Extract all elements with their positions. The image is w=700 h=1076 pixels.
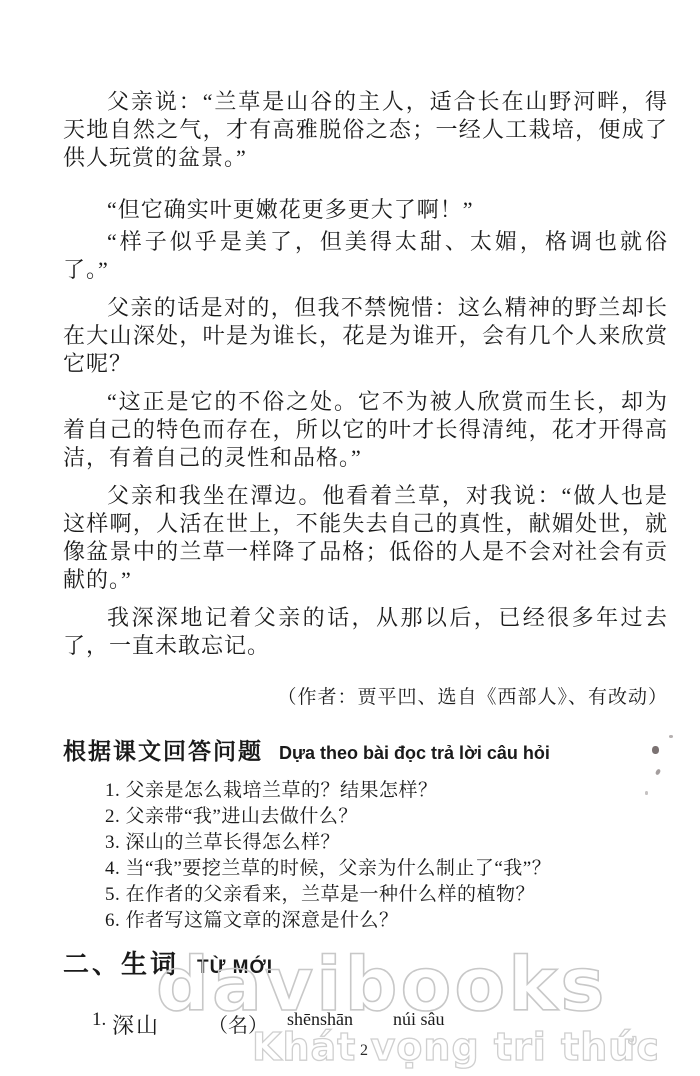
textbook-page: 父亲说：“兰草是山谷的主人，适合长在山野河畔，得天地自然之气，才有高雅脱俗之态；… [0,0,700,1076]
author-attribution: （作者：贾平凹、选自《西部人》、有改动） [63,682,668,709]
question-item-6: 6. 作者写这篇文章的深意是什么？ [105,908,668,934]
vocab-section-heading: 二、生词 TỪ MỚI [63,944,668,981]
story-paragraph-1: 父亲说：“兰草是山谷的主人，适合长在山野河畔，得天地自然之气，才有高雅脱俗之态；… [63,88,668,172]
ink-speck [652,746,659,754]
story-paragraph-5: “这正是它的不俗之处。它不为被人欣赏而生长，却为着自己的特色而存在，所以它的叶才… [63,388,668,472]
question-item-1: 1. 父亲是怎么栽培兰草的？结果怎样？ [105,778,668,804]
vocab-heading-chinese: 二、生词 [63,950,179,979]
story-paragraph-2: “但它确实叶更嫩花更多更大了啊！” [63,196,668,224]
story-paragraph-6: 父亲和我坐在潭边。他看着兰草，对我说：“做人也是这样啊，人活在世上，不能失去自己… [63,482,668,594]
story-paragraph-3: “样子似乎是美了，但美得太甜、太媚，格调也就俗了。” [63,228,668,284]
story-paragraph-4: 父亲的话是对的，但我不禁惋惜：这么精神的野兰却长在大山深处，叶是为谁长，花是为谁… [63,294,668,378]
question-item-2: 2. 父亲带“我”进山去做什么？ [105,804,668,830]
question-item-4: 4. 当“我”要挖兰草的时候，父亲为什么制止了“我”？ [105,856,668,882]
ink-speck [645,791,648,795]
questions-section-heading: 根据课文回答问题 Dựa theo bài đọc trả lời câu hỏ… [63,733,668,766]
ink-speck [669,735,673,738]
page-number: 2 [360,1042,368,1060]
vocab-entry-pinyin: shēnshān [287,1009,353,1030]
questions-heading-chinese: 根据课文回答问题 [63,739,263,764]
question-item-5: 5. 在作者的父亲看来，兰草是一种什么样的植物？ [105,882,668,908]
page-content: 父亲说：“兰草是山谷的主人，适合长在山野河畔，得天地自然之气，才有高雅脱俗之态；… [63,88,668,1039]
vocab-entry-part-of-speech: （名） [208,1009,268,1038]
questions-list: 1. 父亲是怎么栽培兰草的？结果怎样？ 2. 父亲带“我”进山去做什么？ 3. … [63,778,668,934]
vocab-heading-vietnamese: TỪ MỚI [197,957,273,978]
question-item-3: 3. 深山的兰草长得怎么样？ [105,830,668,856]
story-paragraph-7: 我深深地记着父亲的话，从那以后，已经很多年过去了，一直未敢忘记。 [63,604,668,660]
vocab-entry-word: 深山 [112,1009,160,1040]
questions-heading-vietnamese: Dựa theo bài đọc trả lời câu hỏi [279,743,550,763]
vocab-entry-meaning: núi sâu [393,1009,445,1030]
vocab-entry: 1. 深山 （名） shēnshān núi sâu [63,1009,668,1039]
vocab-entry-number: 1. [92,1009,106,1031]
